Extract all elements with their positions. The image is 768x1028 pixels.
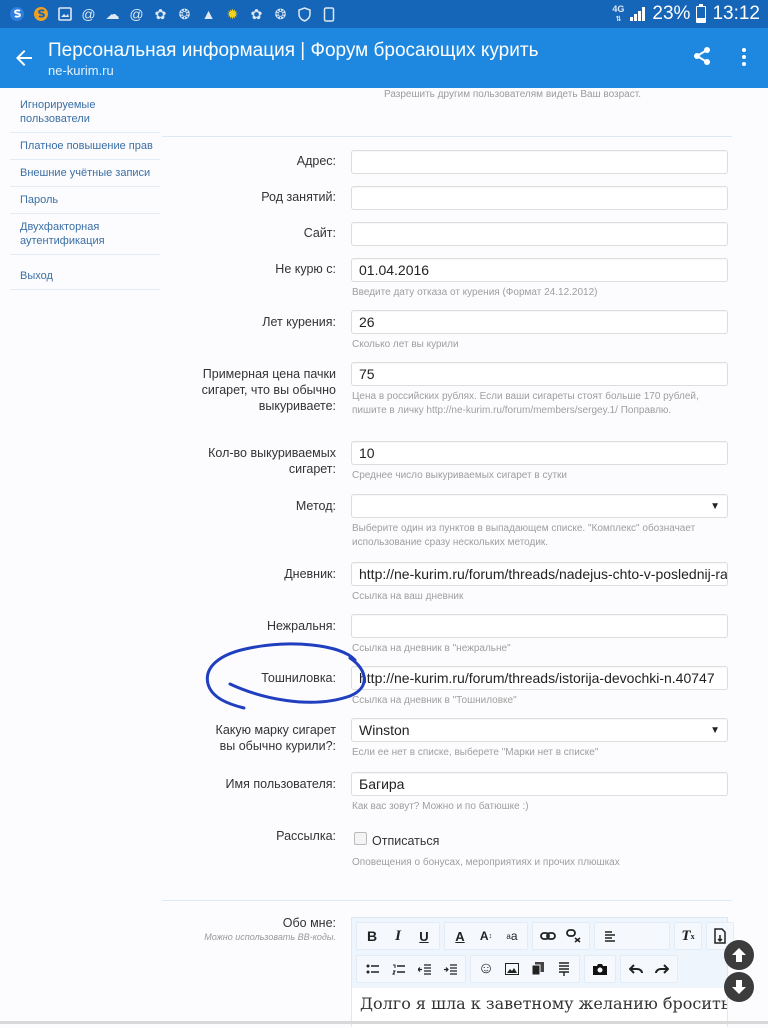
brain-icon: ❂ [176, 6, 193, 23]
address-input[interactable] [351, 150, 728, 174]
unsubscribe-label[interactable]: Отписаться [372, 834, 439, 848]
method-hint: Выберите один из пунктов в выпадающем сп… [352, 522, 722, 550]
age-visibility-hint: Разрешить другим пользователям видеть Ва… [384, 89, 641, 100]
status-bar: @ ☁ @ ✿ ❂ ▲ ✹ ✿ ❂ 4G⇅ 23% 13:12 [0, 0, 768, 28]
editor-toolbar-row-1: B I U A A↕ aa [356, 922, 734, 950]
bold-icon[interactable]: B [361, 925, 383, 947]
shield-icon [296, 6, 313, 23]
dropdown-caret-icon: ▼ [710, 501, 720, 512]
sidebar-item-ignored-users[interactable]: Игнорируемые пользователи [10, 92, 160, 133]
bbcode-hint: Можно использовать BB-коды. [204, 932, 336, 942]
sidebar-item-password[interactable]: Пароль [10, 187, 160, 214]
mailing-hint: Оповещения о бонусах, мероприятиях и про… [352, 856, 722, 870]
camera-icon[interactable] [589, 958, 611, 980]
cloud-upload-icon: ☁ [104, 6, 121, 23]
price-hint: Цена в российских рублях. Если ваши сига… [352, 390, 722, 418]
link-icon[interactable] [537, 925, 559, 947]
bullet-list-icon[interactable] [361, 958, 383, 980]
more-options-button[interactable] [734, 44, 754, 70]
scroll-up-button[interactable] [724, 940, 754, 970]
username-label: Имя пользователя: [226, 776, 336, 792]
clock: 13:12 [712, 3, 760, 25]
share-button[interactable] [690, 44, 716, 70]
network-type: 4G⇅ [612, 5, 624, 24]
at-sign-icon: @ [128, 6, 145, 23]
count-label: Кол-во выкуриваемыхсигарет: [208, 445, 336, 477]
quit-date-hint: Введите дату отказа от курения (Формат 2… [352, 286, 722, 300]
notification-icons: @ ☁ @ ✿ ❂ ▲ ✹ ✿ ❂ [8, 6, 337, 23]
underline-icon[interactable]: U [413, 925, 435, 947]
app-bar: Персональная информация | Форум бросающи… [0, 28, 768, 88]
username-hint: Как вас зовут? Можно и по батюшке :) [352, 800, 722, 814]
toshnilovka-input[interactable]: http://ne-kurim.ru/forum/threads/istorij… [351, 666, 728, 690]
font-family-icon[interactable]: aa [501, 925, 523, 947]
price-input[interactable]: 75 [351, 362, 728, 386]
numbered-list-icon[interactable] [387, 958, 409, 980]
brand-label: Какую марку сигаретвы обычно курили?: [216, 722, 336, 754]
insert-block-icon[interactable] [553, 958, 575, 980]
site-input[interactable] [351, 222, 728, 246]
address-label: Адрес: [297, 153, 336, 169]
image-icon[interactable] [501, 958, 523, 980]
italic-icon[interactable]: I [387, 925, 409, 947]
years-label: Лет курения: [262, 314, 336, 330]
s-logo-orange-icon [32, 6, 49, 23]
years-hint: Сколько лет вы курили [352, 338, 722, 352]
share-icon [690, 44, 714, 68]
sidebar-item-logout[interactable]: Выход [10, 255, 160, 290]
years-input[interactable]: 26 [351, 310, 728, 334]
page-title: Персональная информация | Форум бросающи… [48, 40, 538, 62]
count-hint: Среднее число выкуриваемых сигарет в сут… [352, 469, 722, 483]
dropdown-caret-icon: ▼ [710, 725, 720, 736]
arrow-up-circle-icon [730, 946, 748, 964]
brand-select[interactable]: Winston▼ [351, 718, 728, 742]
redo-icon[interactable] [651, 958, 673, 980]
editor-toolbar-row-2: ☺ [356, 955, 678, 983]
undo-icon[interactable] [625, 958, 647, 980]
arrow-left-icon [12, 46, 36, 70]
unsubscribe-checkbox[interactable] [354, 832, 367, 845]
about-editor: B I U A A↕ aa [351, 917, 728, 1024]
more-vert-icon [742, 48, 746, 52]
unlink-icon[interactable] [563, 925, 585, 947]
outdent-icon[interactable] [413, 958, 435, 980]
occupation-input[interactable] [351, 186, 728, 210]
brand-hint: Если ее нет в списке, выберете "Марки не… [352, 746, 722, 760]
media-icon[interactable] [527, 958, 549, 980]
squirrel-icon: ✿ [152, 6, 169, 23]
site-label: Сайт: [304, 225, 336, 241]
about-label: Обо мне: [283, 915, 336, 931]
diary-input[interactable]: http://ne-kurim.ru/forum/threads/nadejus… [351, 562, 728, 586]
phone-icon [320, 6, 337, 23]
profile-form: Разрешить другим пользователям видеть Ва… [162, 88, 768, 1024]
font-size-icon[interactable]: A↕ [475, 925, 497, 947]
count-input[interactable]: 10 [351, 441, 728, 465]
method-label: Метод: [296, 498, 336, 514]
sidebar: Игнорируемые пользователи Платное повыше… [10, 92, 160, 290]
brain-icon: ❂ [272, 6, 289, 23]
about-textarea[interactable]: Долго я шла к заветному желанию бросить [352, 988, 727, 1024]
battery-percent: 23% [652, 3, 690, 25]
nezhralnya-hint: Ссылка на дневник в "нежральне" [352, 642, 722, 656]
diary-label: Дневник: [284, 566, 336, 582]
username-input[interactable]: Багира [351, 772, 728, 796]
section-divider [162, 136, 732, 137]
font-color-icon[interactable]: A [449, 925, 471, 947]
drive-icon: ▲ [200, 6, 217, 23]
quit-date-input[interactable]: 01.04.2016 [351, 258, 728, 282]
mailing-label: Рассылка: [276, 828, 336, 844]
s-logo-blue-icon [8, 6, 25, 23]
nezhralnya-input[interactable] [351, 614, 728, 638]
battery-icon [696, 6, 706, 23]
at-sign-icon: @ [80, 6, 97, 23]
remove-format-icon[interactable]: Tx [677, 925, 699, 947]
align-icon[interactable] [599, 925, 621, 947]
smiley-icon[interactable]: ☺ [475, 958, 497, 980]
sun-icon: ✹ [224, 6, 241, 23]
arrow-down-circle-icon [730, 978, 748, 996]
signal-icon [630, 7, 646, 21]
sidebar-item-paid-upgrade[interactable]: Платное повышение прав [10, 133, 160, 160]
toshnilovka-hint: Ссылка на дневник в "Тошниловке" [352, 694, 722, 708]
page-domain: ne-kurim.ru [48, 63, 114, 78]
occupation-label: Род занятий: [261, 189, 336, 205]
sidebar-item-two-factor[interactable]: Двухфакторная аутентификация [10, 214, 160, 255]
sidebar-item-external-accounts[interactable]: Внешние учётные записи [10, 160, 160, 187]
method-select[interactable]: ▼ [351, 494, 728, 518]
nezhralnya-label: Нежральня: [267, 618, 336, 634]
section-divider [162, 900, 732, 901]
back-button[interactable] [10, 44, 38, 72]
quit-date-label: Не курю с: [275, 261, 336, 277]
scroll-down-button[interactable] [724, 972, 754, 1002]
price-label: Примерная цена пачкисигарет, что вы обыч… [202, 366, 336, 414]
squirrel-icon: ✿ [248, 6, 265, 23]
gallery-icon [56, 6, 73, 23]
toshnilovka-label: Тошниловка: [261, 670, 336, 686]
indent-icon[interactable] [439, 958, 461, 980]
diary-hint: Ссылка на ваш дневник [352, 590, 722, 604]
